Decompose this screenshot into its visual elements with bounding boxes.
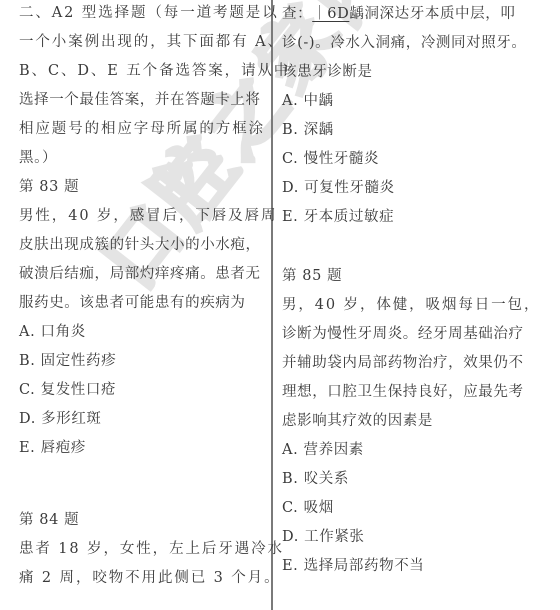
instruction-line: 黑。） bbox=[19, 148, 57, 168]
option-d: D. 可复性牙髓炎 bbox=[282, 178, 395, 198]
question-stem-line: 皮肤出现成簇的针头大小的小水疱， bbox=[19, 235, 261, 255]
stem-suffix: 龋洞深达牙本质中层，叩 bbox=[349, 6, 515, 22]
question-stem-line: 男性，40 岁，感冒后，下唇及唇周 bbox=[19, 206, 277, 226]
question-stem-line: 理想，口腔卫生保持良好，应最先考 bbox=[282, 382, 524, 402]
option-d: D. 多形红斑 bbox=[19, 409, 102, 429]
question-stem-line: 虑影响其疗效的因素是 bbox=[282, 411, 433, 431]
option-a: A. 中龋 bbox=[282, 91, 334, 111]
question-stem-line: 男，40 岁，体健，吸烟每日一包， bbox=[282, 295, 540, 315]
tooth-position-label: ｜6D bbox=[312, 6, 349, 22]
option-c: C. 复发性口疮 bbox=[19, 380, 116, 400]
question-stem-line: 患者 18 岁，女性，左上后牙遇冷水 bbox=[19, 539, 284, 559]
option-e: E. 选择局部药物不当 bbox=[282, 556, 424, 576]
option-a: A. 营养因素 bbox=[282, 440, 364, 460]
option-c: C. 吸烟 bbox=[282, 498, 334, 518]
instruction-line: 相应题号的相应字母所属的方框涂 bbox=[19, 119, 265, 139]
column-divider bbox=[271, 0, 273, 610]
option-e: E. 唇疱疹 bbox=[19, 438, 86, 458]
option-d: D. 工作紧张 bbox=[282, 527, 365, 547]
question-stem-line: 服药史。该患者可能患有的疾病为 bbox=[19, 293, 246, 313]
option-b: B. 深龋 bbox=[282, 120, 334, 140]
option-b: B. 固定性药疹 bbox=[19, 351, 116, 371]
instruction-line: 二、A2 型选择题（每一道考题是以 bbox=[19, 3, 279, 23]
option-c: C. 慢性牙髓炎 bbox=[282, 149, 379, 169]
question-title: 第 83 题 bbox=[19, 177, 79, 197]
instruction-line: 一个小案例出现的，其下面都有 A、 bbox=[19, 32, 284, 52]
question-stem-line: 并辅助袋内局部药物治疗，效果仍不 bbox=[282, 353, 524, 373]
exam-page: 口腔之家内部资料 二、A2 型选择题（每一道考题是以 一个小案例出现的，其下面都… bbox=[0, 0, 560, 610]
option-e: E. 牙本质过敏症 bbox=[282, 207, 394, 227]
question-title: 第 84 题 bbox=[19, 510, 79, 530]
question-stem-line: 痛 2 周，咬物不用此侧已 3 个月。 bbox=[19, 568, 281, 588]
stem-prefix: 查： bbox=[282, 6, 312, 22]
instruction-line: B、C、D、E 五个备选答案，请从中 bbox=[19, 61, 290, 81]
question-stem-line: 破溃后结痂，局部灼痒疼痛。患者无 bbox=[19, 264, 261, 284]
instruction-line: 选择一个最佳答案，并在答题卡上将 bbox=[19, 90, 261, 110]
option-b: B. 㕮关系 bbox=[282, 469, 349, 489]
option-a: A. 口角炎 bbox=[19, 322, 86, 342]
question-stem-line: 诊(-)。冷水入洞痛，冷测同对照牙。 bbox=[282, 33, 527, 53]
question-title: 第 85 题 bbox=[282, 266, 342, 286]
question-stem-line: 查：｜6D龋洞深达牙本质中层，叩 bbox=[282, 4, 515, 24]
question-stem-line: 该患牙诊断是 bbox=[282, 62, 373, 82]
question-stem-line: 诊断为慢性牙周炎。经牙周基础治疗 bbox=[282, 324, 524, 344]
